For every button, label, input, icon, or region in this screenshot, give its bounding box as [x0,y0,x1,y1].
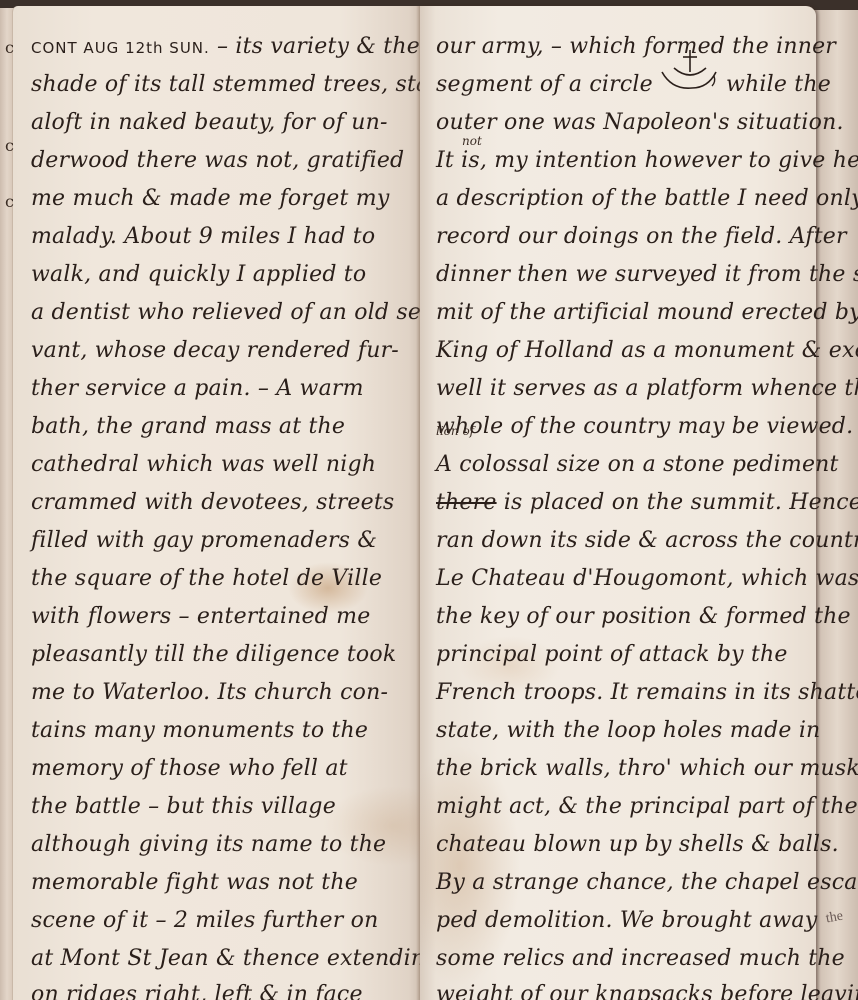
interlinear-insertion: not [462,134,482,148]
text-line: chateau blown up by shells & balls. [436,834,839,856]
text-line: there is placed on the summit. Hence we [436,492,858,514]
text-line: on ridges right, left & in face [31,984,363,1000]
edge-note: the [825,909,845,928]
left-page: c c c CONT AUG 12th SUN. – its variety &… [12,6,421,1000]
text-line: segment of a circle [436,74,653,96]
text-line: a description of the battle I need only [436,188,858,210]
text-line: might act, & the principal part of the [436,796,858,818]
text-line: By a strange chance, the chapel esca- [436,872,858,894]
text-line: French troops. It remains in its shatter… [436,682,858,704]
text-line: state, with the loop holes made in [436,720,820,742]
text-line: vant, whose decay rendered fur- [31,340,399,362]
text-line: scene of it – 2 miles further on [31,910,378,932]
text-line-rest: is placed on the summit. Hence we [497,490,858,515]
text-line: King of Holland as a monument & excellen… [436,340,858,362]
text-line: filled with gay promenaders & [31,530,377,552]
text-line: at Mont St Jean & thence extending [31,948,439,970]
text-line: memorable fight was not the [31,872,358,894]
text-line: aloft in naked beauty, for of un- [31,112,388,134]
entry-header: CONT AUG 12th SUN. [31,39,210,57]
struck-word: there [436,490,497,515]
text-line: walk, and quickly I applied to [31,264,366,286]
text-line: crammed with devotees, streets [31,492,394,514]
text-line: principal point of attack by the [436,644,788,666]
text-line: cathedral which was well nigh [31,454,376,476]
text-line: the battle – but this village [31,796,336,818]
text-line: outer one was Napoleon's situation. [436,112,844,134]
text-line: me to Waterloo. Its church con- [31,682,388,704]
text-line: It is, my intention however to give here [436,150,858,172]
text-line: ther service a pain. – A warm [31,378,364,400]
text-line: Le Chateau d'Hougomont, which was [436,568,858,590]
text-line: with flowers – entertained me [31,606,370,628]
text-line: malady. About 9 miles I had to [31,226,375,248]
text-line: ran down its side & across the country t… [436,530,858,552]
text-line: A colossal size on a stone pediment [436,454,839,476]
text-line: pleasantly till the diligence took [31,644,396,666]
margin-mark: c [5,192,14,211]
text-line: the brick walls, thro' which our musketr… [436,758,858,780]
journal-spread: the c c c CONT AUG 12th SUN. – its varie… [0,0,858,1000]
text-line: our army, – which formed the inner [436,36,836,58]
text-line: well it serves as a platform whence the [436,378,858,400]
text-line: although giving its name to the [31,834,386,856]
text-line: while the [726,74,831,96]
text-line: a dentist who relieved of an old ser- [31,302,439,324]
text-line: bath, the grand mass at the [31,416,345,438]
text-line: CONT AUG 12th SUN. – its variety & the d… [31,36,482,58]
text-line: dinner then we surveyed it from the sum- [436,264,858,286]
text-line: some relics and increased much the [436,948,845,970]
text-line: whole of the country may be viewed. [436,416,853,438]
text-line: derwood there was not, gratified [31,150,404,172]
text-line: me much & made me forget my [31,188,389,210]
text-line: the key of our position & formed the [436,606,851,628]
interlinear-insertion: lion of [436,424,474,438]
margin-mark: c [5,38,14,57]
text-line: tains many monuments to the [31,720,368,742]
text-line: ped demolition. We brought away [436,910,817,932]
text-line: weight of our knapsacks before leaving [436,984,858,1000]
margin-mark: c [5,136,14,155]
anchor-circle-sketch-icon [658,48,722,94]
text-line: record our doings on the field. After [436,226,847,248]
text-line: mit of the artificial mound erected by t… [436,302,858,324]
text-line: memory of those who fell at [31,758,348,780]
right-page: our army, – which formed the inner segme… [420,6,816,1000]
text-line: the square of the hotel de Ville [31,568,382,590]
